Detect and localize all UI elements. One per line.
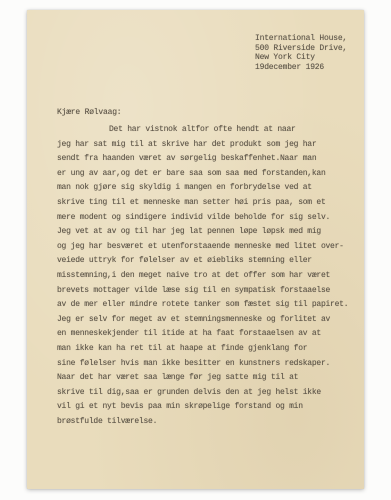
letterhead-line: 500 Riverside Drive, xyxy=(255,44,347,54)
letter-line: skrive ting til et menneske man setter h… xyxy=(57,196,359,211)
letter-line: mere modent og sindigere individ vilde b… xyxy=(57,211,359,226)
letter-line: Naar det har været saa længe før jeg sat… xyxy=(57,371,359,386)
salutation: Kjære Rølvaag: xyxy=(57,108,121,117)
letter-line: skrive til dig,saa er grunden delvis den… xyxy=(57,386,359,401)
letter-line: sendt fra haanden været av sørgelig besk… xyxy=(57,152,359,167)
letterhead-line: International House, xyxy=(255,34,347,44)
letterhead-line: New York City xyxy=(255,53,347,63)
letter-line: man nok gjøre sig skyldig i mangen en fo… xyxy=(57,181,359,196)
letterhead-date: 19december 1926 xyxy=(255,63,347,73)
letter-line: brøstfulde tilværelse. xyxy=(57,415,359,430)
letter-line: man ikke kan ha ret til at haape at find… xyxy=(57,342,359,357)
letter-line: og jeg har besværet et utenforstaaende m… xyxy=(57,240,359,255)
letterhead: International House, 500 Riverside Drive… xyxy=(255,34,347,72)
letter-line: Jeg er selv for meget av et stemningsmen… xyxy=(57,313,359,328)
letter-body: Det har vistnok altfor ofte hendt at naa… xyxy=(57,123,359,429)
letter-line: av de mer eller mindre rotete tanker som… xyxy=(57,298,359,313)
letter-line: Det har vistnok altfor ofte hendt at naa… xyxy=(57,123,359,138)
letter-line: er ung av aar,og det er bare saa som saa… xyxy=(57,167,359,182)
letter-line: jeg har sat mig til at skrive har det pr… xyxy=(57,138,359,153)
letter-page: International House, 500 Riverside Drive… xyxy=(27,10,364,489)
letter-line: vil gi et nyt bevis paa min skrøpelige f… xyxy=(57,400,359,415)
letter-line: veiede uttryk for følelser av et øieblik… xyxy=(57,254,359,269)
scan-background: International House, 500 Riverside Drive… xyxy=(0,0,391,500)
letter-line: sine følelser hvis man ikke besitter en … xyxy=(57,357,359,372)
letter-line: Jeg vet at av og til har jeg lat pennen … xyxy=(57,225,359,240)
letter-line: brevets mottager vilde læse sig til en s… xyxy=(57,284,359,299)
letter-line: misstemning,i den meget naive tro at det… xyxy=(57,269,359,284)
letter-line: en menneskekjender til itide at ha faat … xyxy=(57,327,359,342)
